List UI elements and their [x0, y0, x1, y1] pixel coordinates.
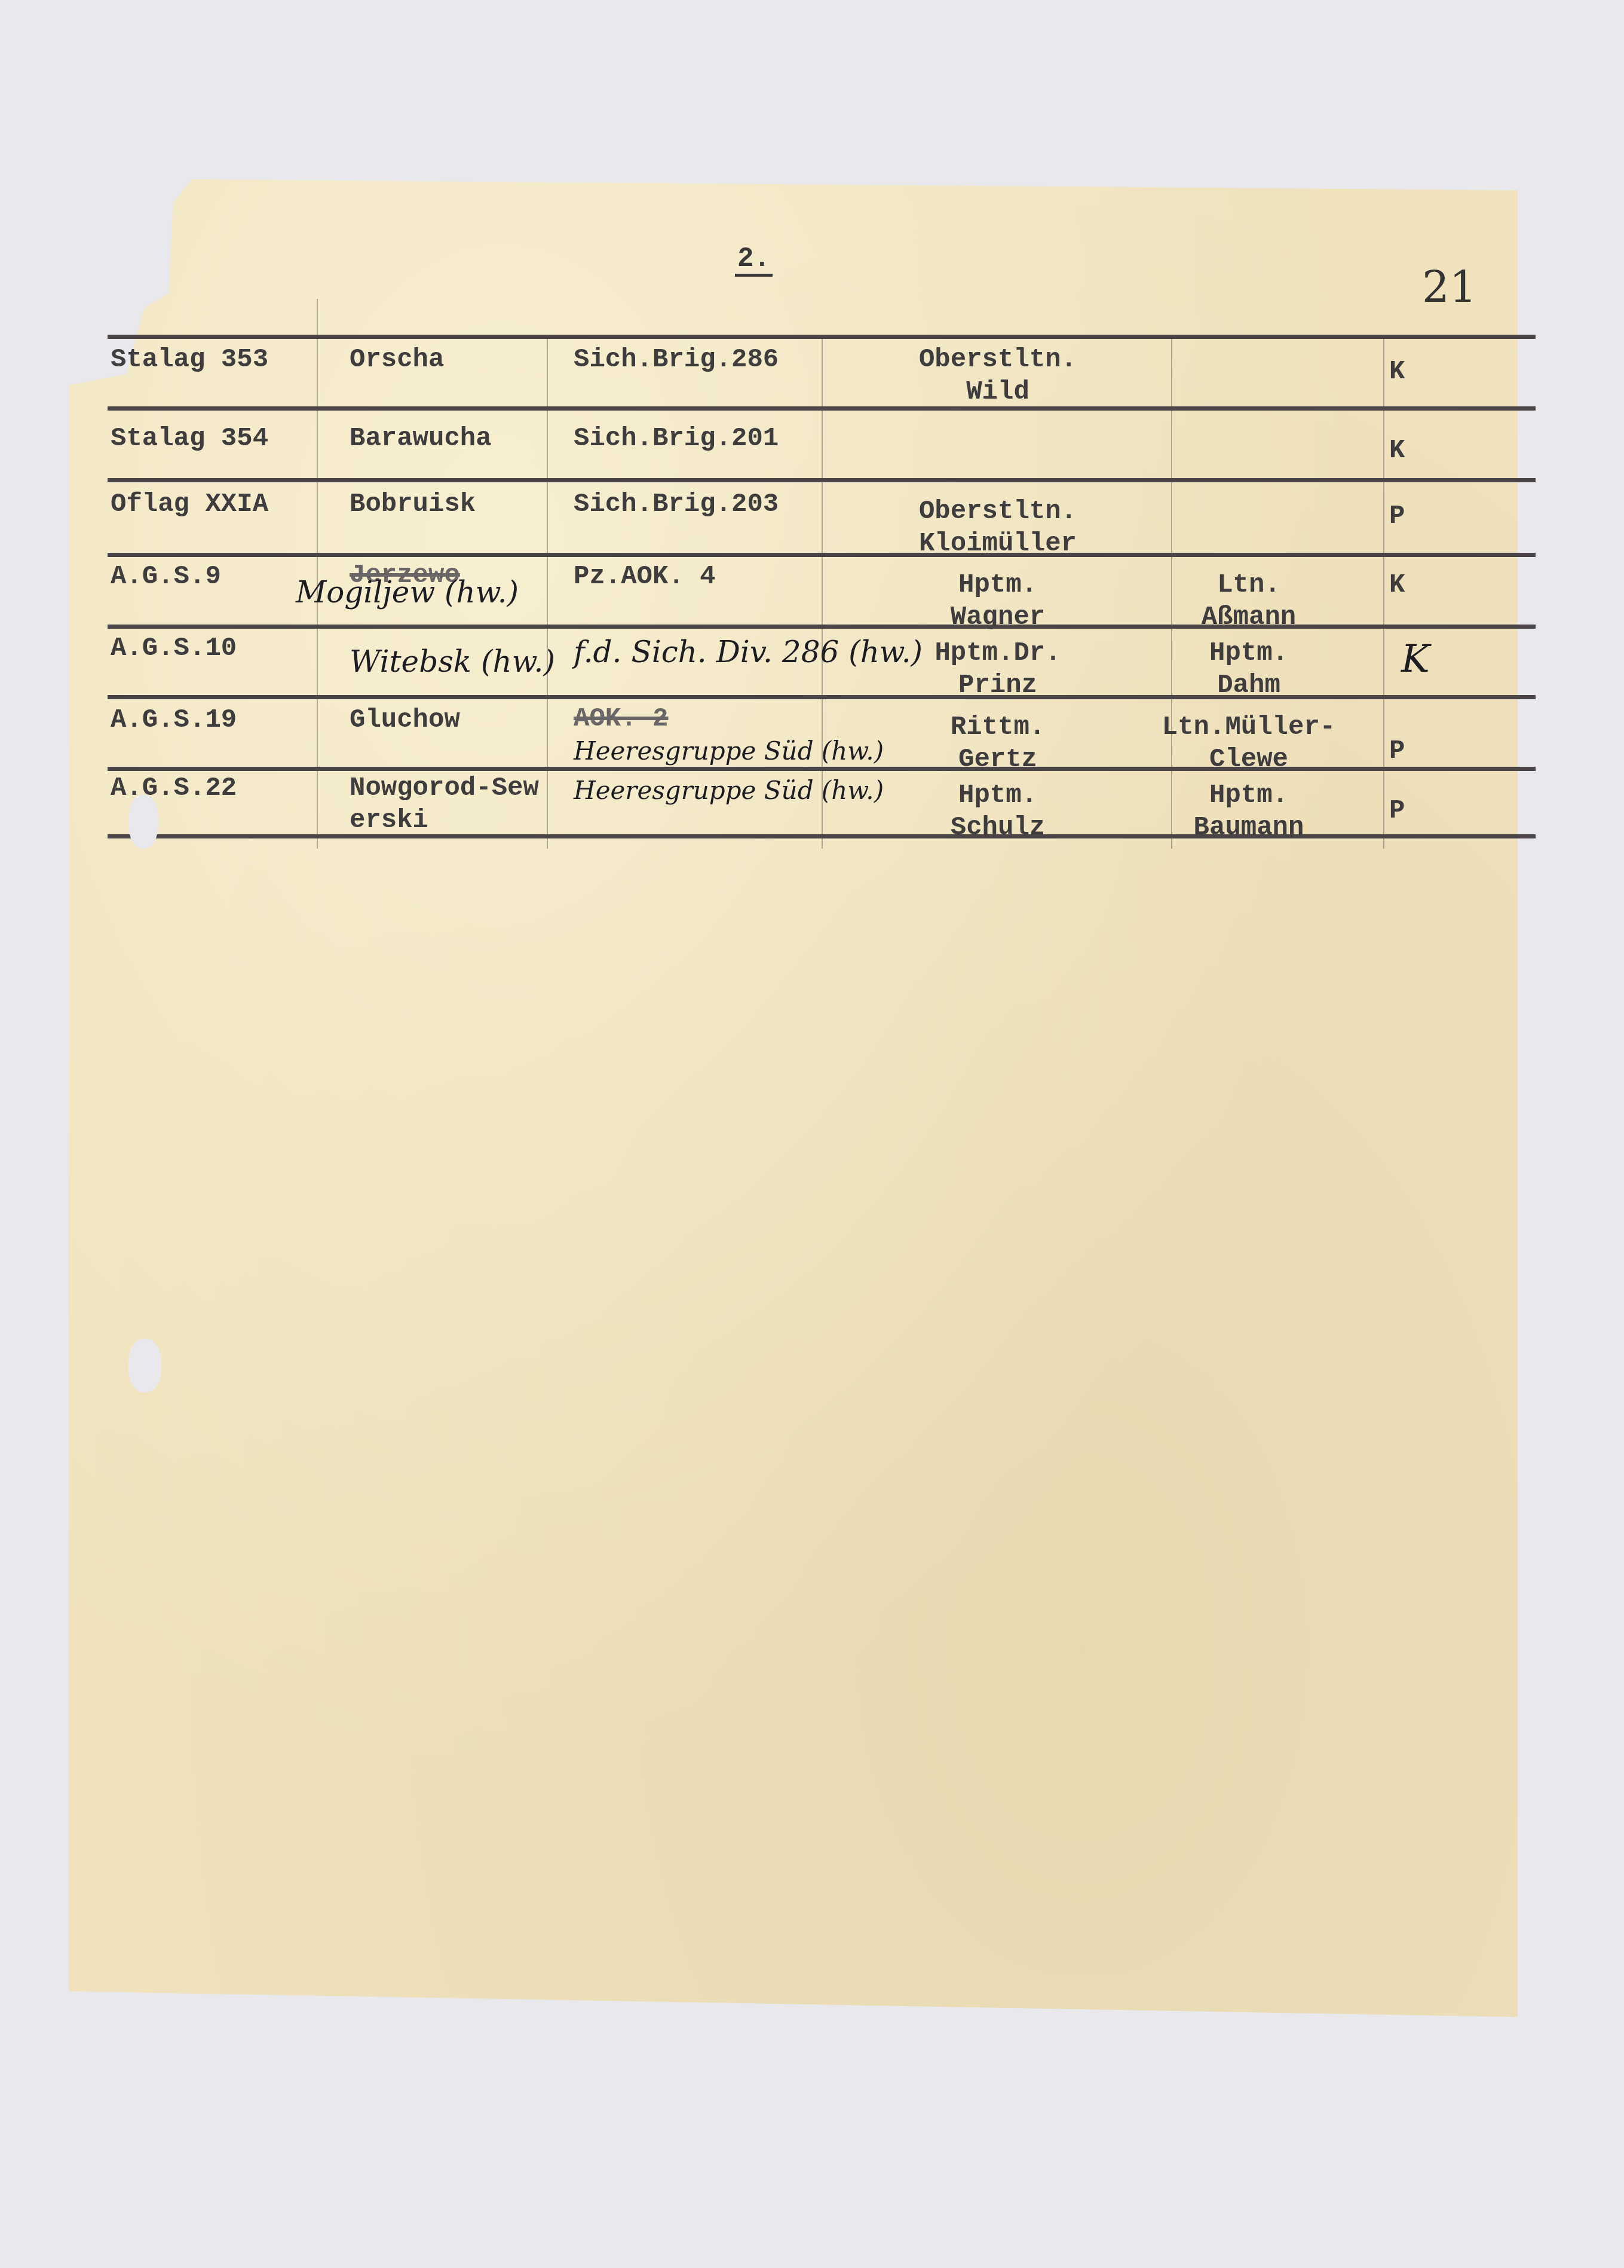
unit-cell: Sich.Brig.286	[574, 344, 779, 376]
punch-hole	[128, 795, 158, 849]
handwritten-code: K	[1401, 643, 1430, 675]
location-cell: Nowgorod-Sewerski	[350, 772, 547, 837]
code-cell: K	[1389, 356, 1405, 388]
camp-table: Stalag 353 Orscha Sich.Brig.286 Oberstlt…	[108, 335, 1536, 838]
unit-cell: Pz.AOK. 4	[574, 561, 716, 593]
handwritten-unit: Heeresgruppe Süd (hw.)	[574, 775, 884, 807]
handwritten-correction: Mogiljew (hw.)	[296, 576, 519, 608]
commandant-cell: Oberstltn.Kloimüller	[908, 495, 1087, 560]
handwritten-unit: f.d. Sich. Div. 286 (hw.)	[574, 636, 923, 668]
location-cell: Bobruisk	[350, 488, 476, 521]
code-cell: P	[1389, 500, 1405, 532]
camp-cell: A.G.S.10	[111, 632, 237, 665]
camp-cell: Stalag 353	[111, 344, 268, 376]
location-cell: Orscha	[350, 344, 444, 376]
table-row: A.G.S.22 Nowgorod-Sewerski Heeresgruppe …	[108, 767, 1536, 838]
deputy-cell: Hptm.Baumann	[1159, 779, 1338, 844]
commandant-cell: Hptm.Wagner	[908, 569, 1087, 633]
table-row: Oflag XXIA Bobruisk Sich.Brig.203 Oberst…	[108, 478, 1536, 553]
unit-cell: Sich.Brig.203	[574, 488, 779, 521]
code-cell: P	[1389, 735, 1405, 767]
commandant-cell: Hptm.Schulz	[908, 779, 1087, 844]
commandant-cell: Rittm.Gertz	[908, 711, 1087, 776]
table-row: Stalag 353 Orscha Sich.Brig.286 Oberstlt…	[108, 335, 1536, 406]
page-number: 2.	[735, 245, 773, 277]
deputy-cell: Hptm.Dahm	[1159, 637, 1338, 702]
punch-hole	[128, 1339, 161, 1392]
deputy-cell: Ltn.Aßmann	[1159, 569, 1338, 633]
deputy-cell: Ltn.Müller-Clewe	[1159, 711, 1338, 776]
table-row: A.G.S.9 Jerzewo Mogiljew (hw.) Pz.AOK. 4…	[108, 553, 1536, 625]
code-cell: K	[1389, 569, 1405, 601]
table-row: A.G.S.19 Gluchow AOK. 2 Heeresgruppe Süd…	[108, 695, 1536, 767]
camp-cell: Stalag 354	[111, 423, 268, 455]
camp-cell: Oflag XXIA	[111, 488, 268, 521]
camp-cell: A.G.S.22	[111, 772, 237, 804]
table-row: Stalag 354 Barawucha Sich.Brig.201 K	[108, 406, 1536, 478]
location-cell: Barawucha	[350, 423, 492, 455]
folio-number: 21	[1422, 266, 1477, 309]
commandant-cell: Hptm.Dr.Prinz	[908, 637, 1087, 702]
location-cell: Gluchow	[350, 704, 460, 736]
code-cell: K	[1389, 434, 1405, 467]
handwritten-location: Witebsk (hw.)	[350, 645, 555, 678]
table-row: A.G.S.10 Witebsk (hw.) f.d. Sich. Div. 2…	[108, 625, 1536, 695]
commandant-cell: Oberstltn.Wild	[908, 344, 1087, 408]
camp-cell: A.G.S.19	[111, 704, 237, 736]
unit-cell: AOK. 2 Heeresgruppe Süd (hw.)	[574, 703, 884, 767]
camp-cell: A.G.S.9	[111, 561, 221, 593]
unit-cell: Sich.Brig.201	[574, 423, 779, 455]
handwritten-correction: Heeresgruppe Süd (hw.)	[574, 735, 884, 767]
location-cell: Jerzewo Mogiljew (hw.)	[350, 559, 519, 608]
code-cell: P	[1389, 795, 1405, 827]
